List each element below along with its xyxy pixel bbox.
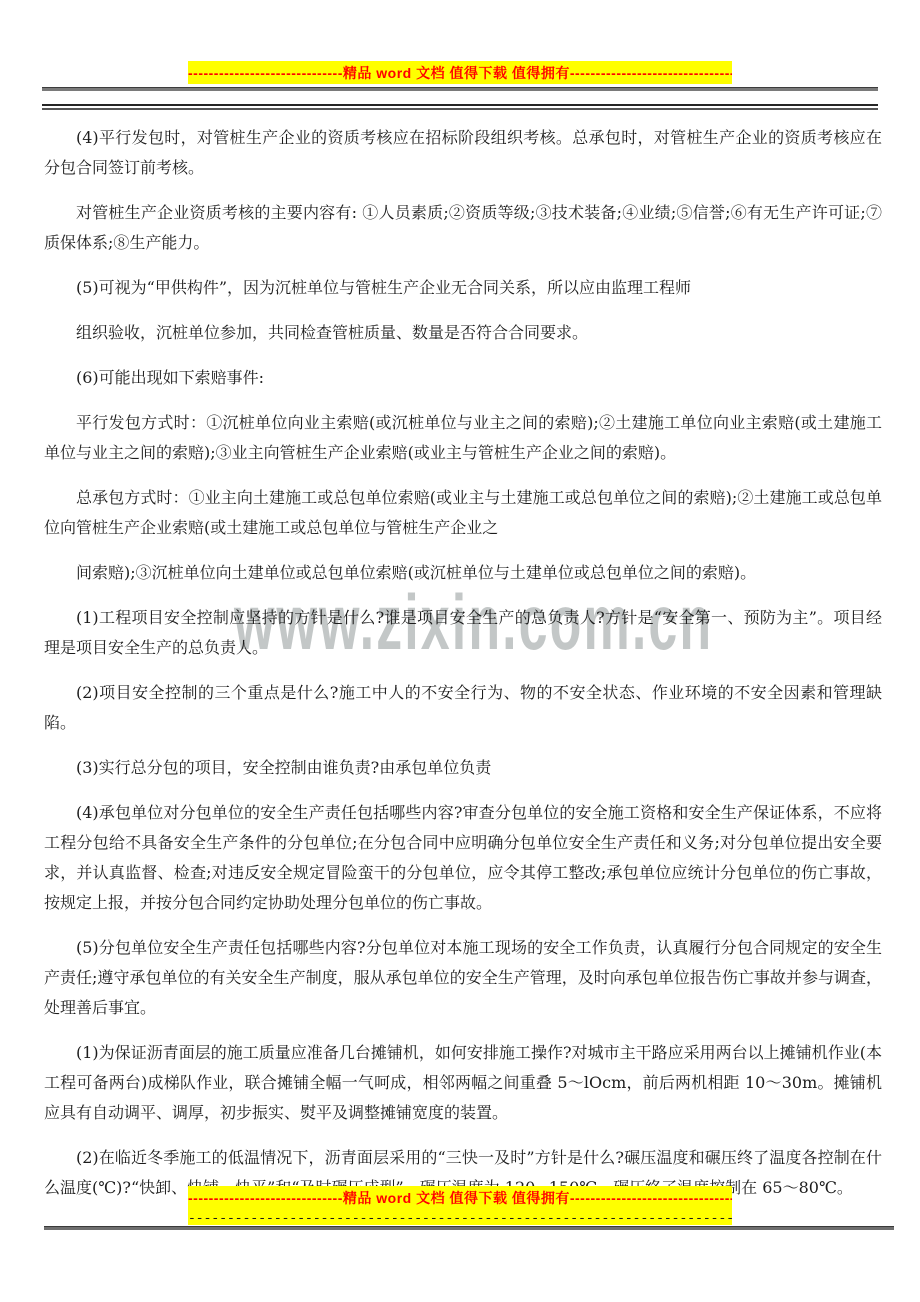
paragraph: 对管桩生产企业资质考核的主要内容有: ①人员素质;②资质等级;③技术装备;④业绩… [44, 198, 882, 258]
paragraph: (1)为保证沥青面层的施工质量应准备几台摊铺机，如何安排施工操作?对城市主干路应… [44, 1038, 882, 1128]
promo-banner-top-text: ------------------------------精品 word 文档… [188, 65, 732, 81]
paragraph: (4)承包单位对分包单位的安全生产责任包括哪些内容?审查分包单位的安全施工资格和… [44, 798, 882, 918]
page-footer: ------------------------------精品 word 文档… [0, 1186, 920, 1230]
paragraph: (6)可能出现如下索赔事件: [44, 363, 882, 393]
paragraph: (5)分包单位安全生产责任包括哪些内容?分包单位对本施工现场的安全工作负责，认真… [44, 933, 882, 1023]
paragraph: (3)实行总分包的项目，安全控制由谁负责?由承包单位负责 [44, 753, 882, 783]
promo-banner-dashed-row: ----------------------------------------… [188, 1210, 732, 1225]
paragraph: 间索赔);③沉桩单位向土建单位或总包单位索赔(或沉桩单位与土建单位或总包单位之间… [44, 558, 882, 588]
word-document-page: ------------------------------精品 word 文档… [0, 0, 920, 1302]
horizontal-rule-top [42, 87, 878, 91]
promo-banner-top: ------------------------------精品 word 文档… [188, 61, 732, 84]
paragraph: 组织验收，沉桩单位参加，共同检查管桩质量、数量是否符合合同要求。 [44, 318, 882, 348]
promo-banner-bottom-text: ------------------------------精品 word 文档… [188, 1190, 732, 1206]
paragraph: (1)工程项目安全控制应坚持的方针是什么?谁是项目安全生产的总负责人?方针是“安… [44, 603, 882, 663]
promo-banner-bottom: ------------------------------精品 word 文档… [188, 1186, 732, 1210]
paragraph: 总承包方式时：①业主向土建施工或总包单位索赔(或业主与土建施工或总包单位之间的索… [44, 483, 882, 543]
paragraph: (2)项目安全控制的三个重点是什么?施工中人的不安全行为、物的不安全状态、作业环… [44, 678, 882, 738]
horizontal-rule-bottom [44, 1226, 894, 1230]
paragraph: (5)可视为“甲供构件”，因为沉桩单位与管桩生产企业无合同关系，所以应由监理工程… [44, 273, 882, 303]
document-body: (4)平行发包时，对管桩生产企业的资质考核应在招标阶段组织考核。总承包时，对管桩… [0, 110, 920, 1203]
paragraph: (4)平行发包时，对管桩生产企业的资质考核应在招标阶段组织考核。总承包时，对管桩… [44, 123, 882, 183]
paragraph: 平行发包方式时：①沉桩单位向业主索赔(或沉桩单位与业主之间的索赔);②土建施工单… [44, 408, 882, 468]
dashed-line: ----------------------------------------… [188, 1211, 732, 1225]
